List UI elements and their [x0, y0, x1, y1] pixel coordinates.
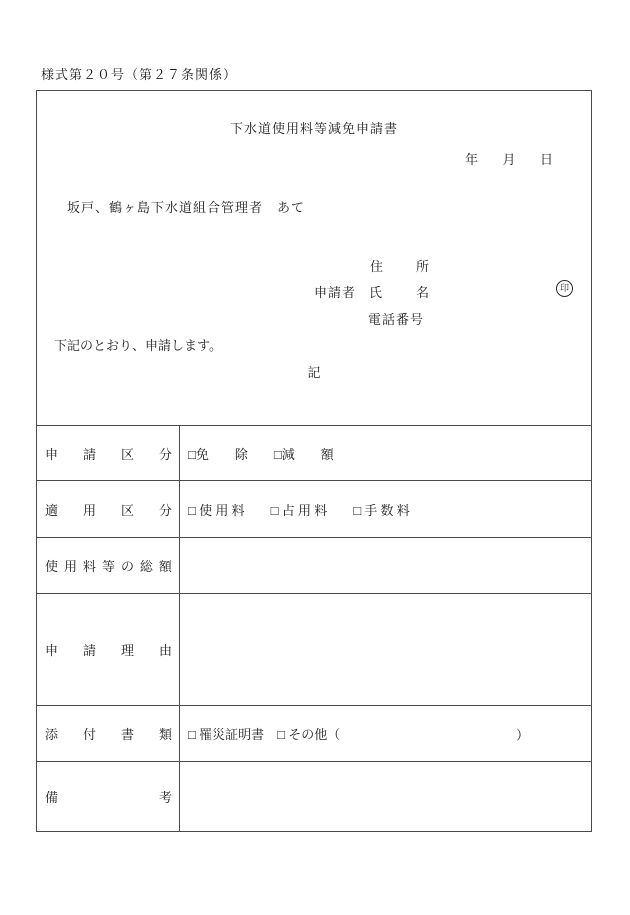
declaration-line: 下記のとおり、申請します。: [54, 335, 222, 354]
row-content-application-category: □免 除 □減 額: [180, 426, 591, 480]
form-table: 申請区分 □免 除 □減 額 適用区分 □ 使 用 料 □ 占 用 料 □ 手 …: [37, 425, 591, 831]
row-label-application-category: 申請区分: [37, 426, 180, 480]
form-title: 下水道使用料等減免申請書: [37, 118, 591, 137]
table-row-remarks: 備考: [37, 761, 591, 831]
row-label-remarks: 備考: [37, 762, 180, 831]
table-row-application-reason: 申請理由: [37, 593, 591, 705]
row-label-application-reason: 申請理由: [37, 594, 180, 705]
row-content-application-reason: [180, 594, 591, 705]
applicant-prefix-label: 申請者: [314, 282, 356, 301]
attached-documents-options: □ 罹災証明書 □ その他（: [188, 724, 340, 743]
form-header: 下水道使用料等減免申請書 年 月 日 坂戸、鶴ヶ島下水道組合管理者 あて 申請者…: [37, 91, 591, 425]
date-month-label: 月: [502, 149, 515, 168]
date-line: 年 月 日: [465, 149, 553, 168]
addressee-line: 坂戸、鶴ヶ島下水道組合管理者 あて: [67, 197, 305, 216]
table-row-attached-documents: 添付書類 □ 罹災証明書 □ その他（ ）: [37, 705, 591, 761]
table-row-application-category: 申請区分 □免 除 □減 額: [37, 425, 591, 480]
applicant-name-label: 氏名: [369, 282, 429, 301]
row-label-applicable-category: 適用区分: [37, 481, 180, 537]
row-content-applicable-category: □ 使 用 料 □ 占 用 料 □ 手 数 料: [180, 481, 591, 537]
table-row-applicable-category: 適用区分 □ 使 用 料 □ 占 用 料 □ 手 数 料: [37, 480, 591, 537]
row-label-total-amount: 使用料等の総額: [37, 538, 180, 593]
row-content-remarks: [180, 762, 591, 831]
form-sheet: 下水道使用料等減免申請書 年 月 日 坂戸、鶴ヶ島下水道組合管理者 あて 申請者…: [36, 90, 592, 832]
date-year-label: 年: [465, 149, 478, 168]
form-number: 様式第２０号（第２７条関係）: [41, 64, 237, 83]
seal-mark-icon: 印: [556, 280, 573, 297]
row-content-total-amount: [180, 538, 591, 593]
applicant-phone-label: 電話番号: [368, 309, 424, 328]
date-day-label: 日: [540, 149, 553, 168]
document-page: 様式第２０号（第２７条関係） 下水道使用料等減免申請書 年 月 日 坂戸、鶴ヶ島…: [0, 0, 630, 915]
row-content-attached-documents: □ 罹災証明書 □ その他（ ）: [180, 706, 591, 761]
attached-documents-close-paren: ）: [516, 724, 529, 743]
row-label-attached-documents: 添付書類: [37, 706, 180, 761]
note-heading: 記: [37, 362, 591, 381]
table-row-total-amount: 使用料等の総額: [37, 537, 591, 593]
applicant-address-label: 住所: [370, 256, 429, 275]
